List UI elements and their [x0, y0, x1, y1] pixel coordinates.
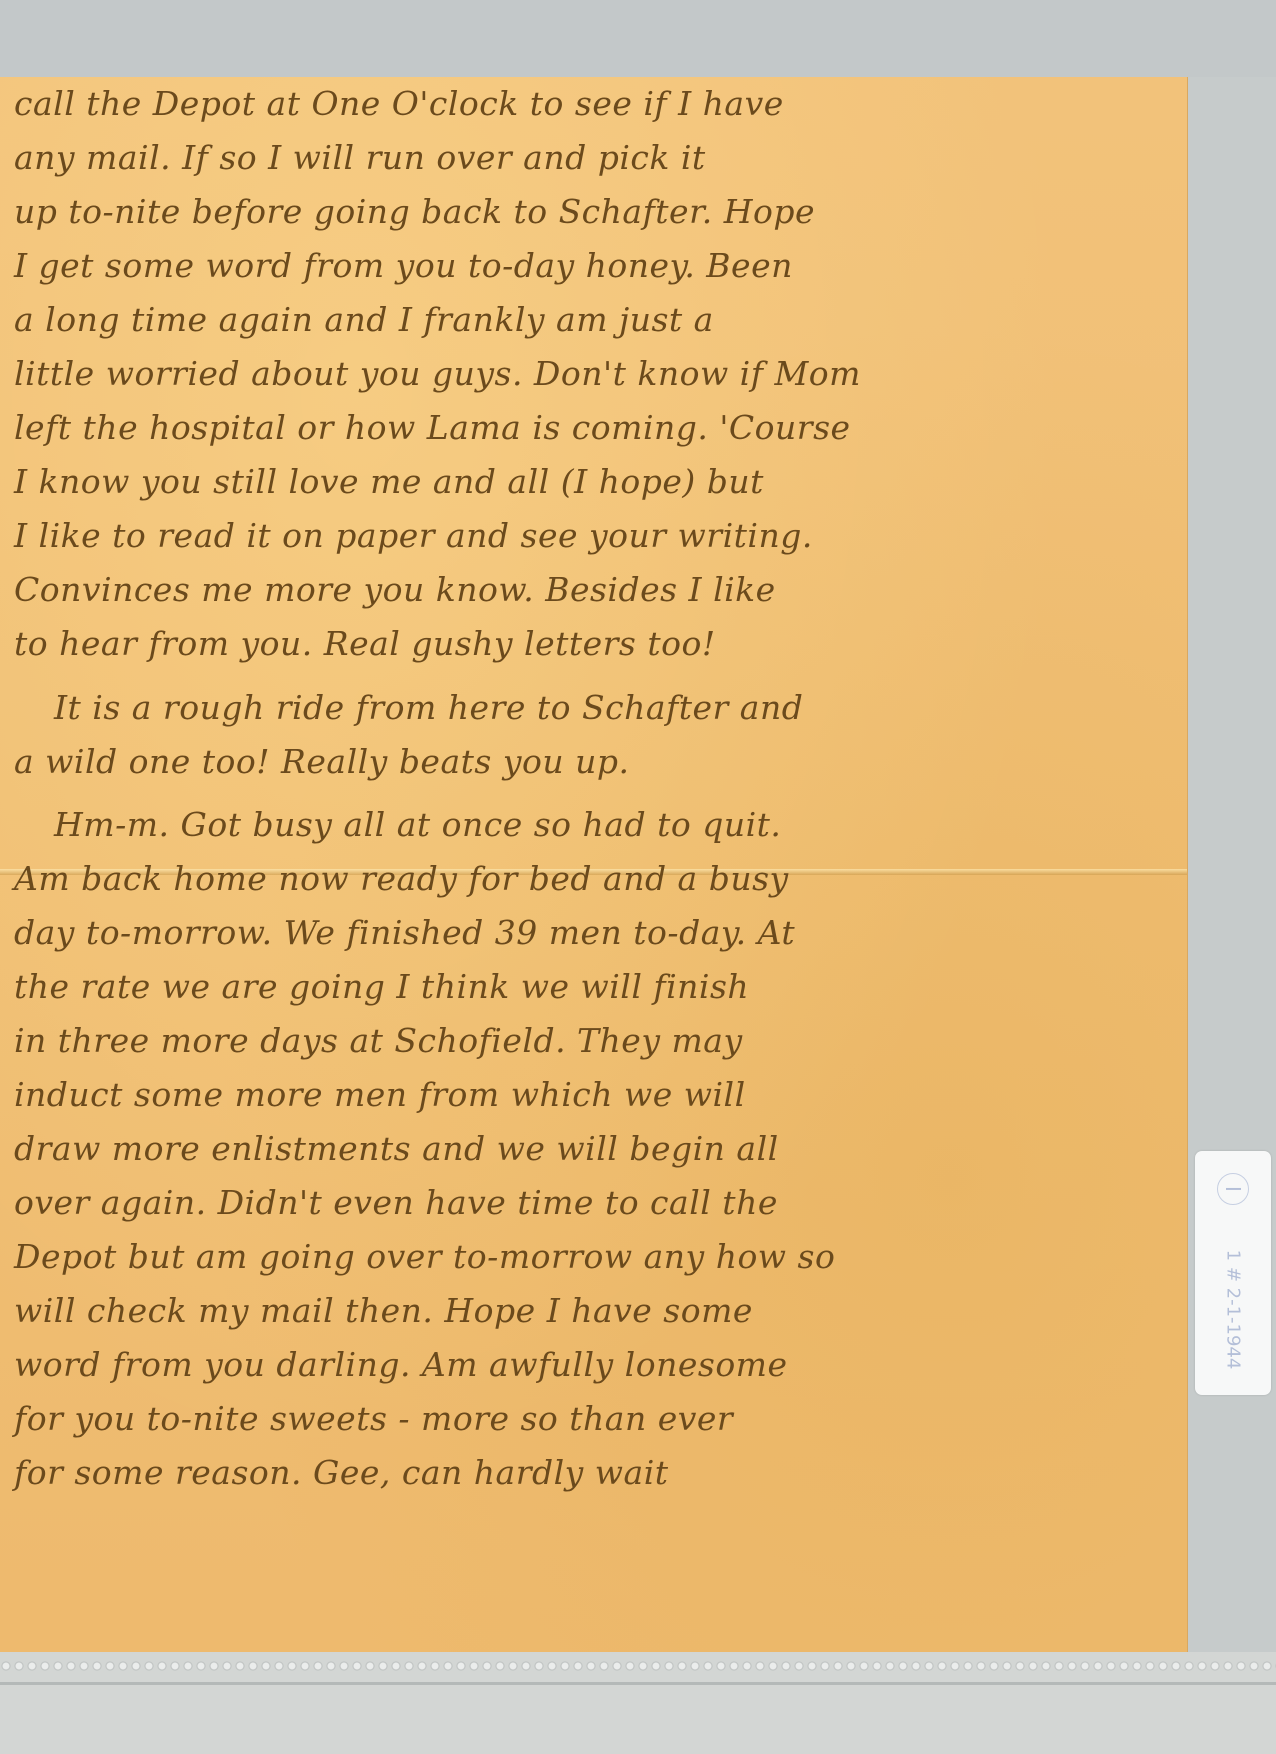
letter-line: I get some word from you to-day honey. B…: [14, 245, 1174, 286]
scanner-backdrop: [0, 0, 1276, 77]
letter-line: the rate we are going I think we will fi…: [14, 966, 1174, 1007]
archive-tab-text: I 1 # 2-1-1944: [1203, 1159, 1263, 1387]
sleeve-edge: [0, 1682, 1276, 1685]
letter-line: will check my mail then. Hope I have som…: [14, 1290, 1174, 1331]
letter-line: to hear from you. Real gushy letters too…: [14, 623, 1174, 664]
letter-line: any mail. If so I will run over and pick…: [14, 137, 1174, 178]
letter-line: in three more days at Schofield. They ma…: [14, 1020, 1174, 1061]
letter-line: word from you darling. Am awfully loneso…: [14, 1344, 1174, 1385]
letter-line: a long time again and I frankly am just …: [14, 299, 1174, 340]
letter-line: Convinces me more you know. Besides I li…: [14, 569, 1174, 610]
archive-tab-roman-numeral: I: [1217, 1173, 1249, 1205]
archive-tab-label: I 1 # 2-1-1944: [1195, 1151, 1271, 1395]
letter-line: Depot but am going over to-morrow any ho…: [14, 1236, 1174, 1277]
letter-line: up to-nite before going back to Schafter…: [14, 191, 1174, 232]
letter-line: little worried about you guys. Don't kno…: [14, 353, 1174, 394]
letter-line: for you to-nite sweets - more so than ev…: [14, 1398, 1174, 1439]
letter-line: over again. Didn't even have time to cal…: [14, 1182, 1174, 1223]
letter-line: It is a rough ride from here to Schafter…: [14, 687, 1174, 728]
letter-line: Am back home now ready for bed and a bus…: [14, 858, 1174, 899]
letter-line: I like to read it on paper and see your …: [14, 515, 1174, 556]
letter-line: induct some more men from which we will: [14, 1074, 1174, 1115]
letter-body: call the Depot at One O'clock to see if …: [14, 83, 1174, 1493]
letter-line: call the Depot at One O'clock to see if …: [14, 83, 1174, 124]
letter-line: I know you still love me and all (I hope…: [14, 461, 1174, 502]
sleeve-perforation: [0, 1658, 1276, 1674]
letter-line: draw more enlistments and we will begin …: [14, 1128, 1174, 1169]
letter-line: day to-morrow. We finished 39 men to-day…: [14, 912, 1174, 953]
letter-line: for some reason. Gee, can hardly wait: [14, 1452, 1174, 1493]
letter-line: left the hospital or how Lama is coming.…: [14, 407, 1174, 448]
archive-tab-code: 1 # 2-1-1944: [1223, 1240, 1244, 1380]
letter-line: Hm-m. Got busy all at once so had to qui…: [14, 804, 1174, 845]
letter-page: call the Depot at One O'clock to see if …: [0, 77, 1187, 1652]
letter-line: a wild one too! Really beats you up.: [14, 741, 1174, 782]
